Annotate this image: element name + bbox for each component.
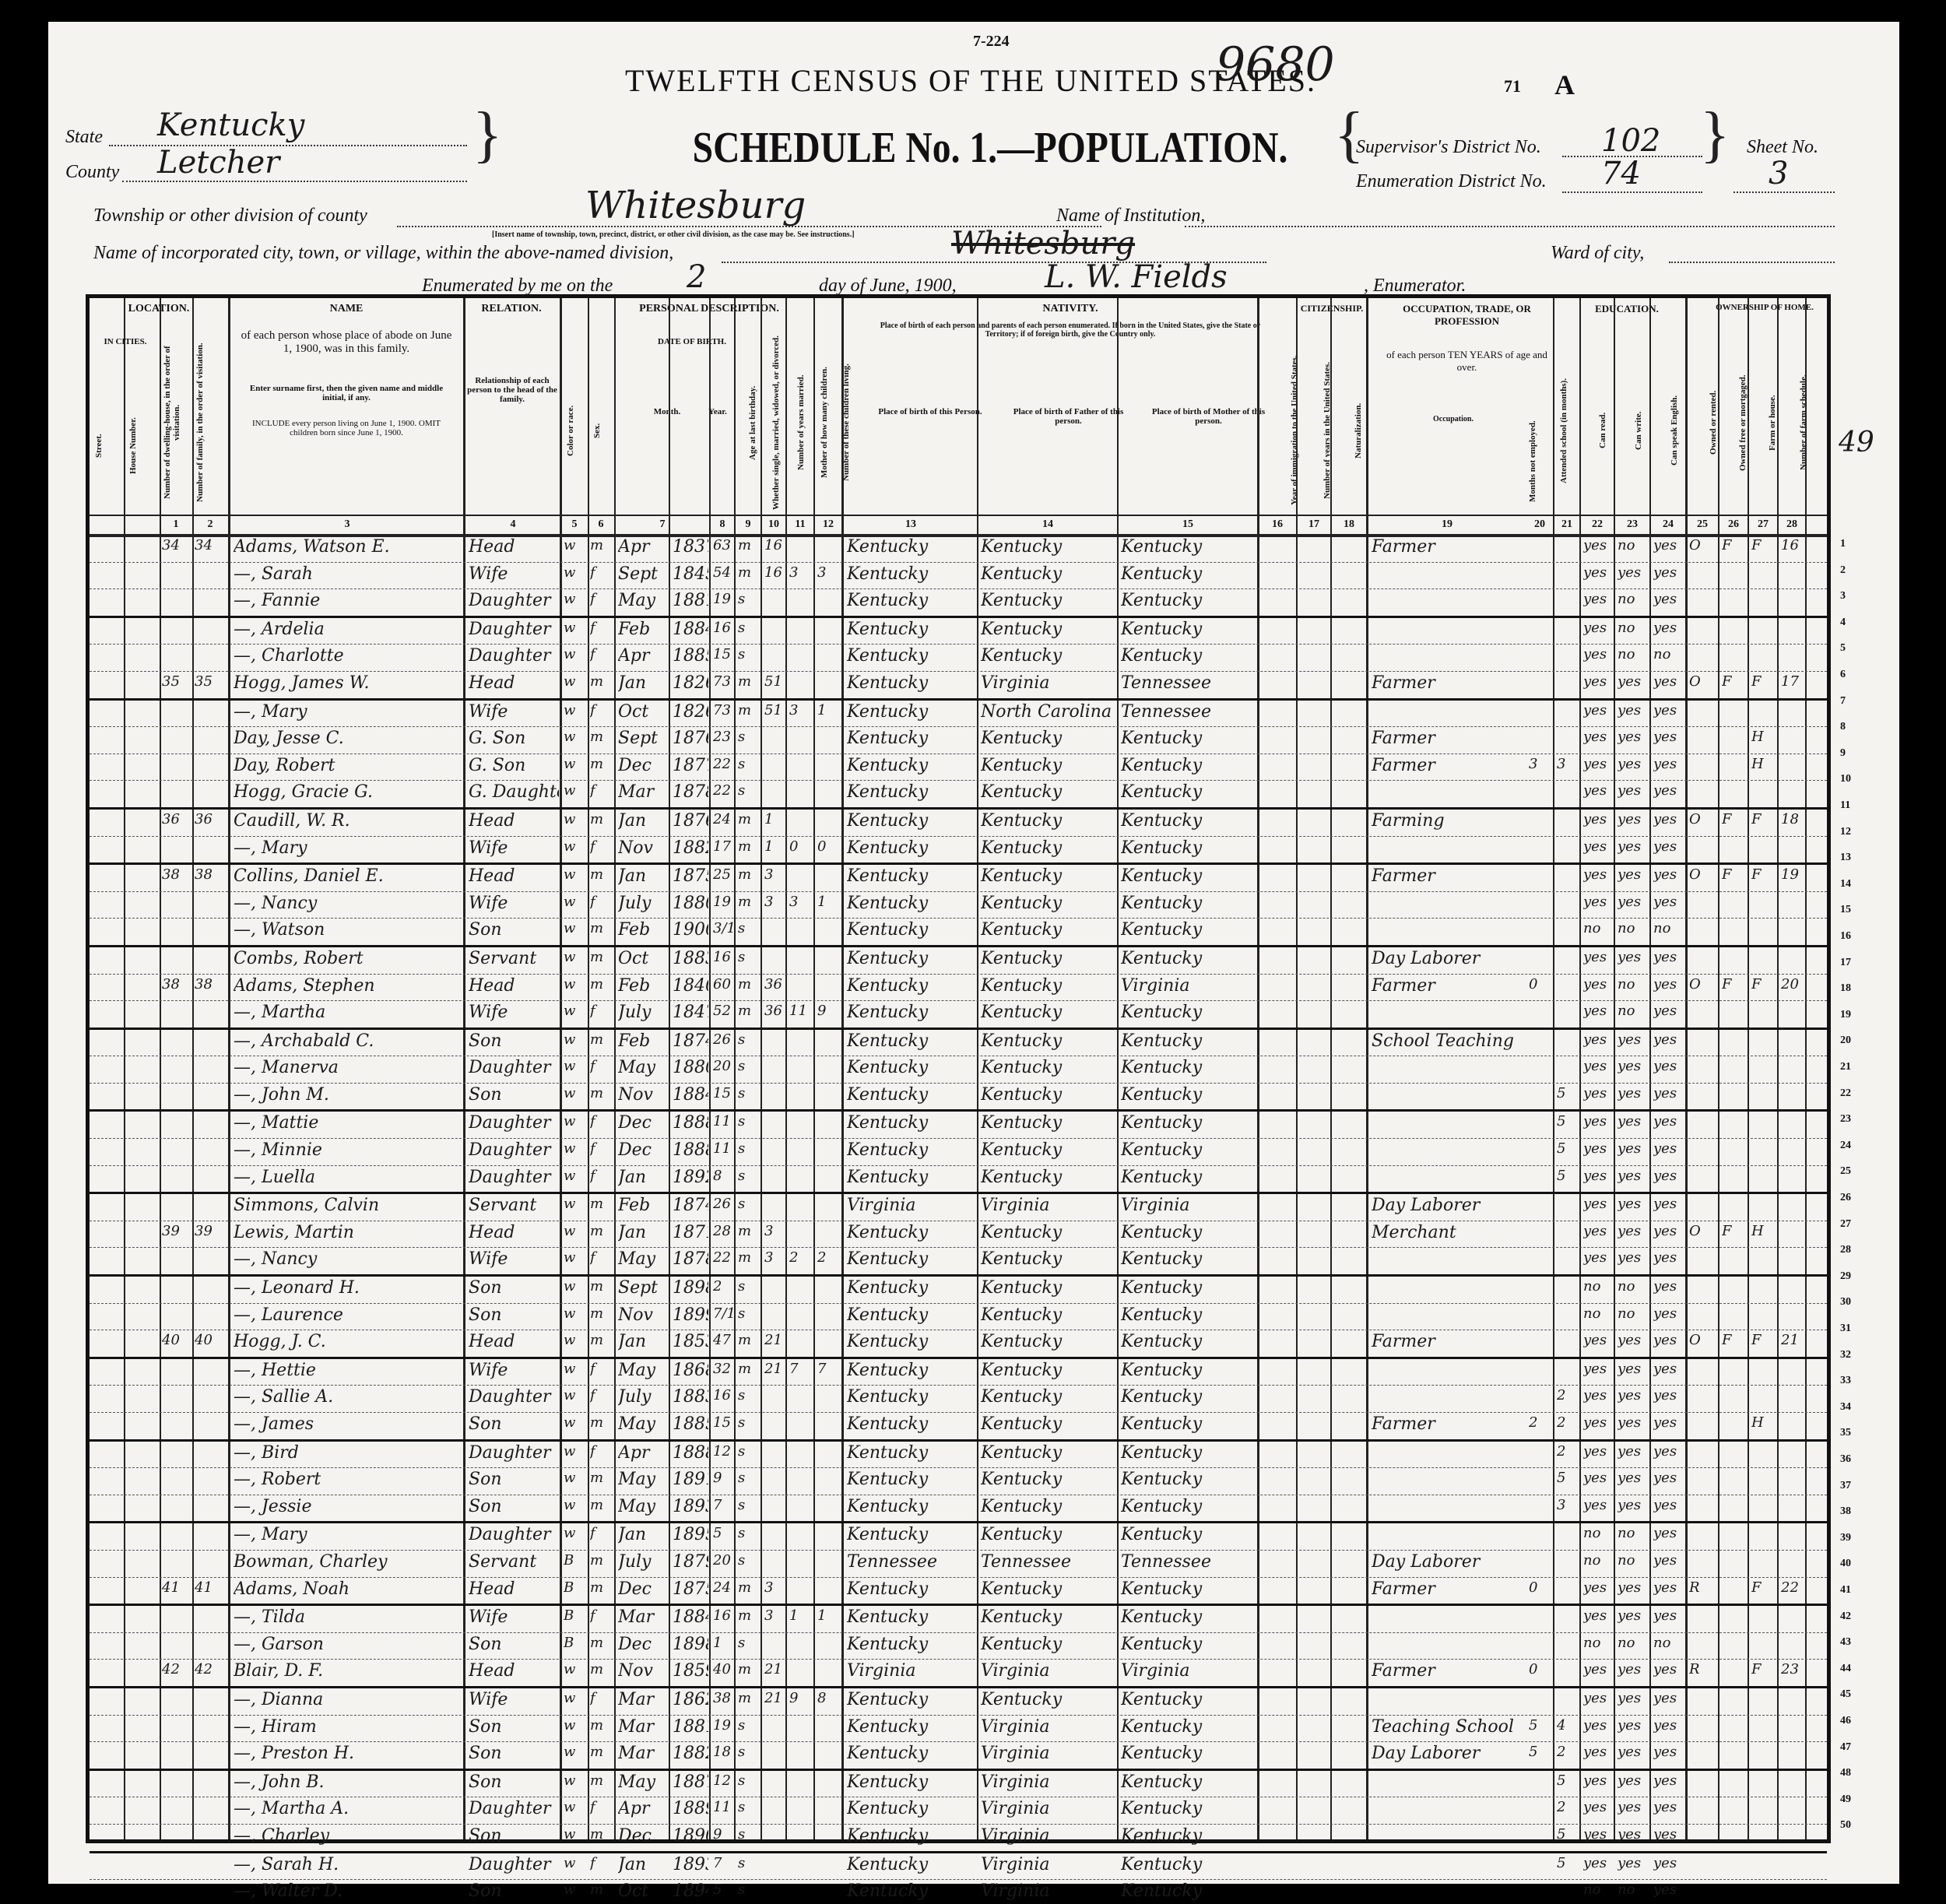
- cell-name: —, Mary: [234, 702, 462, 722]
- cell-fs: 23: [1781, 1661, 1804, 1677]
- column-number: 14: [978, 518, 1117, 531]
- cell-marital: m: [738, 1661, 760, 1677]
- cell-read: yes: [1583, 729, 1613, 745]
- cell-eng: yes: [1653, 1579, 1684, 1596]
- cell-bf: Virginia: [981, 1881, 1116, 1901]
- cell-month: July: [618, 894, 668, 913]
- cell-age: 7: [713, 1855, 733, 1871]
- line-number: 37: [1840, 1480, 1851, 1492]
- cell-month: July: [618, 1552, 668, 1572]
- cell-month: Jan: [618, 1168, 668, 1187]
- cell-relation: Daughter: [469, 620, 559, 639]
- line-number: 42: [1840, 1611, 1851, 1623]
- cell-year: 1882: [673, 1744, 708, 1763]
- cell-color: w: [564, 1031, 587, 1048]
- cell-name: —, Sarah H.: [234, 1855, 462, 1874]
- cell-month: Oct: [618, 1881, 668, 1901]
- cell-read: yes: [1583, 1085, 1613, 1101]
- cell-relation: Servant: [469, 1552, 559, 1572]
- cell-school: 5: [1557, 1085, 1579, 1101]
- cell-bf: Kentucky: [981, 1361, 1116, 1380]
- cell-age: 26: [713, 1031, 733, 1048]
- column-number: 15: [1119, 518, 1257, 531]
- cell-eng: yes: [1653, 1744, 1684, 1760]
- cell-bp: Kentucky: [847, 1525, 976, 1544]
- cell-bm: Kentucky: [1121, 1387, 1256, 1407]
- cell-marital: s: [738, 1717, 760, 1734]
- cell-marital: m: [738, 838, 760, 855]
- line-number: 34: [1840, 1401, 1851, 1414]
- cell-name: Adams, Stephen: [234, 976, 462, 996]
- table-row: Combs, RobertServantwmOct188316sKentucky…: [90, 947, 1827, 975]
- cell-mc: 9: [789, 1690, 813, 1706]
- cell-color: w: [564, 1223, 587, 1239]
- divider: [90, 515, 1827, 516]
- column-number: 25: [1687, 518, 1718, 531]
- write-header: Can write.: [1634, 345, 1643, 516]
- cell-occ: Day Laborer: [1372, 1552, 1524, 1572]
- cell-write: yes: [1618, 1470, 1649, 1486]
- cell-age: 16: [713, 620, 733, 636]
- cell-bm: Kentucky: [1121, 1717, 1256, 1737]
- column-number: 22: [1581, 518, 1614, 531]
- cell-name: —, Martha A.: [234, 1799, 462, 1818]
- table-row: —, GarsonSonBmDec18981sKentuckyKentuckyK…: [90, 1633, 1827, 1660]
- cell-school: 5: [1557, 1470, 1579, 1486]
- cell-eng: yes: [1653, 1168, 1684, 1184]
- cell-dwelling: 41: [162, 1579, 191, 1596]
- cell-year: 1888: [673, 1140, 708, 1160]
- cell-color: B: [564, 1635, 587, 1651]
- nativity-header: NATIVITY.: [860, 303, 1280, 315]
- cell-read: yes: [1583, 811, 1613, 827]
- cell-bp: Kentucky: [847, 702, 976, 722]
- cell-color: w: [564, 1003, 587, 1019]
- in-cities-header: IN CITIES.: [90, 337, 161, 346]
- cell-sex: f: [590, 894, 613, 910]
- brace: }: [472, 100, 502, 170]
- cell-unemp: 0: [1529, 976, 1552, 992]
- cell-school: 3: [1557, 1497, 1579, 1513]
- cell-eng: yes: [1653, 729, 1684, 745]
- cell-ym: 21: [764, 1690, 785, 1706]
- cell-year: 1837: [673, 537, 708, 557]
- line-number: 13: [1840, 852, 1851, 864]
- cell-bm: Kentucky: [1121, 564, 1256, 584]
- cell-write: yes: [1618, 1031, 1649, 1048]
- enumerator-name: L. W. Fields: [1045, 259, 1228, 295]
- cell-read: yes: [1583, 1361, 1613, 1377]
- cell-bf: Kentucky: [981, 620, 1116, 639]
- cell-bm: Kentucky: [1121, 1168, 1256, 1187]
- cell-read: yes: [1583, 1414, 1613, 1431]
- column-number: 10: [762, 518, 785, 531]
- cell-bm: Kentucky: [1121, 1443, 1256, 1463]
- cell-read: yes: [1583, 1140, 1613, 1157]
- cell-year: 1878: [673, 1249, 708, 1269]
- cell-bp: Kentucky: [847, 1113, 976, 1133]
- cell-free: F: [1722, 811, 1747, 827]
- cell-bm: Kentucky: [1121, 1497, 1256, 1516]
- column-number: 18: [1332, 518, 1366, 531]
- education-header: EDUCATION.: [1553, 303, 1701, 315]
- cell-bp: Kentucky: [847, 866, 976, 886]
- cell-bf: Kentucky: [981, 756, 1116, 775]
- cell-family: 34: [195, 537, 227, 553]
- table-row: —, RobertSonwmMay18919sKentuckyKentuckyK…: [90, 1468, 1827, 1495]
- cell-write: yes: [1618, 1168, 1649, 1184]
- cell-relation: Wife: [469, 702, 559, 722]
- cell-bp: Kentucky: [847, 564, 976, 584]
- cell-marital: s: [738, 1196, 760, 1212]
- cell-marital: s: [738, 1140, 760, 1157]
- column-number: 2: [192, 518, 228, 531]
- cell-color: w: [564, 866, 587, 883]
- cell-farm: H: [1751, 1223, 1776, 1239]
- cell-sex: f: [590, 702, 613, 718]
- cell-name: Adams, Watson E.: [234, 537, 462, 557]
- cell-write: yes: [1618, 811, 1649, 827]
- cell-bp: Kentucky: [847, 1690, 976, 1709]
- cell-year: 1875: [673, 866, 708, 886]
- cell-bf: Kentucky: [981, 1305, 1116, 1325]
- cell-bp: Kentucky: [847, 1855, 976, 1874]
- cell-bm: Kentucky: [1121, 1690, 1256, 1709]
- cell-bm: Kentucky: [1121, 1305, 1256, 1325]
- line-number: 5: [1840, 642, 1846, 655]
- column-number: 24: [1651, 518, 1685, 531]
- cell-write: no: [1618, 1881, 1649, 1898]
- cell-color: w: [564, 1525, 587, 1541]
- column-number: 8: [711, 518, 734, 531]
- cell-cl: 7: [817, 1361, 841, 1377]
- table-row: —, John M.SonwmNov188415sKentuckyKentuck…: [90, 1084, 1827, 1112]
- cell-color: w: [564, 1717, 587, 1734]
- column-number: 13: [845, 518, 977, 531]
- cell-read: yes: [1583, 1497, 1613, 1513]
- cell-relation: Son: [469, 1772, 559, 1792]
- cell-write: yes: [1618, 1058, 1649, 1074]
- cell-eng: yes: [1653, 1031, 1684, 1048]
- cell-fs: 21: [1781, 1332, 1804, 1348]
- cell-marital: m: [738, 811, 760, 827]
- column-number: 23: [1615, 518, 1649, 531]
- cell-school: 5: [1557, 1113, 1579, 1129]
- cell-school: 2: [1557, 1414, 1579, 1431]
- line-number: 49: [1840, 1793, 1851, 1806]
- cell-sex: f: [590, 591, 613, 607]
- cell-write: yes: [1618, 1332, 1649, 1348]
- cell-bm: Kentucky: [1121, 729, 1256, 748]
- line-number: 43: [1840, 1636, 1851, 1649]
- cell-dwelling: 39: [162, 1223, 191, 1239]
- cell-ym: 3: [764, 1249, 785, 1266]
- cell-year: 1881: [673, 591, 708, 610]
- line-number: 25: [1840, 1165, 1851, 1178]
- cell-bm: Kentucky: [1121, 1579, 1256, 1599]
- cell-name: Bowman, Charley: [234, 1552, 462, 1572]
- cell-month: Apr: [618, 646, 668, 666]
- cell-write: no: [1618, 1278, 1649, 1295]
- cell-write: yes: [1618, 949, 1649, 965]
- read-header: Can read.: [1598, 345, 1607, 516]
- cell-color: w: [564, 1058, 587, 1074]
- cell-bf: Kentucky: [981, 866, 1116, 886]
- cell-fs: 17: [1781, 673, 1804, 690]
- line-number: 11: [1840, 799, 1850, 812]
- sex-header: Sex.: [592, 345, 602, 516]
- cell-eng: yes: [1653, 1332, 1684, 1348]
- cell-read: no: [1583, 1525, 1613, 1541]
- cell-year: 1876: [673, 811, 708, 831]
- years-married-header: Number of years married.: [796, 329, 806, 516]
- cell-bf: Kentucky: [981, 782, 1116, 802]
- cell-relation: Servant: [469, 1196, 559, 1215]
- cell-month: Jan: [618, 1855, 668, 1874]
- cell-age: 3/12: [713, 920, 733, 936]
- cell-farm: H: [1751, 1414, 1776, 1431]
- cell-bf: Kentucky: [981, 811, 1116, 831]
- cell-cl: 8: [817, 1690, 841, 1706]
- township-note: [Insert name of township, town, precinct…: [492, 230, 855, 239]
- table-row: —, SarahWifewfSept184554m1633KentuckyKen…: [90, 563, 1827, 590]
- cell-relation: Daughter: [469, 646, 559, 666]
- cell-marital: m: [738, 1690, 760, 1706]
- table-row: —, BirdDaughterwfApr188812sKentuckyKentu…: [90, 1442, 1827, 1469]
- farm-header: Farm or house.: [1768, 329, 1777, 516]
- cell-mc: 0: [789, 838, 813, 855]
- cell-eng: yes: [1653, 673, 1684, 690]
- cell-name: Hogg, James W.: [234, 673, 462, 693]
- line-number: 27: [1840, 1218, 1851, 1231]
- cell-bf: Kentucky: [981, 1607, 1116, 1627]
- column-number: 6: [588, 518, 614, 531]
- cell-month: Apr: [618, 1799, 668, 1818]
- cell-bp: Kentucky: [847, 1003, 976, 1022]
- cell-bf: Kentucky: [981, 838, 1116, 858]
- cell-marital: s: [738, 1525, 760, 1541]
- name-include: INCLUDE every person living on June 1, 1…: [237, 419, 455, 437]
- cell-bp: Kentucky: [847, 591, 976, 610]
- cell-age: 16: [713, 949, 733, 965]
- cell-family: 41: [195, 1579, 227, 1596]
- cell-age: 16: [713, 1387, 733, 1403]
- cell-cl: 1: [817, 894, 841, 910]
- cell-free: F: [1722, 673, 1747, 690]
- cell-year: 1898: [673, 1278, 708, 1298]
- cell-write: yes: [1618, 1497, 1649, 1513]
- cell-farm: F: [1751, 811, 1776, 827]
- occupation-sub: Occupation.: [1383, 415, 1523, 423]
- cell-bm: Kentucky: [1121, 1140, 1256, 1160]
- cell-name: Collins, Daniel E.: [234, 866, 462, 886]
- cell-year: 1871: [673, 1223, 708, 1242]
- enumeration-line: [1562, 191, 1702, 193]
- cell-year: 1853: [673, 1332, 708, 1351]
- cell-color: w: [564, 1361, 587, 1377]
- cell-marital: s: [738, 1113, 760, 1129]
- table-row: —, Sarah H.DaughterwfJan18937sKentuckyVi…: [90, 1853, 1827, 1881]
- cell-color: w: [564, 1661, 587, 1677]
- cell-sex: m: [590, 1744, 613, 1760]
- cell-bp: Kentucky: [847, 894, 976, 913]
- cell-age: 5: [713, 1881, 733, 1898]
- cell-bf: Kentucky: [981, 729, 1116, 748]
- cell-bf: Kentucky: [981, 1249, 1116, 1269]
- cell-month: Nov: [618, 1085, 668, 1105]
- cell-sex: m: [590, 1414, 613, 1431]
- cell-age: 32: [713, 1361, 733, 1377]
- cell-school: 5: [1557, 1168, 1579, 1184]
- cell-marital: m: [738, 564, 760, 581]
- cell-year: 1874: [673, 1031, 708, 1051]
- cell-marital: s: [738, 729, 760, 745]
- table-row: —, DiannaWifewfMar186238m2198KentuckyKen…: [90, 1688, 1827, 1716]
- cell-age: 9: [713, 1470, 733, 1486]
- cell-sex: f: [590, 1607, 613, 1624]
- month-header: Month.: [642, 407, 692, 416]
- cell-read: no: [1583, 1305, 1613, 1322]
- table-row: —, NancyWifewfMay187822m322KentuckyKentu…: [90, 1248, 1827, 1277]
- line-number: 15: [1840, 904, 1851, 916]
- cell-year: 1885: [673, 1414, 708, 1434]
- cell-month: Nov: [618, 838, 668, 858]
- cell-read: yes: [1583, 756, 1613, 772]
- cell-write: no: [1618, 591, 1649, 607]
- cell-color: w: [564, 1387, 587, 1403]
- cell-relation: Son: [469, 1305, 559, 1325]
- cell-marital: m: [738, 1249, 760, 1266]
- cell-sex: m: [590, 1772, 613, 1789]
- cell-read: yes: [1583, 1387, 1613, 1403]
- cell-mc: 11: [789, 1003, 813, 1019]
- cell-color: w: [564, 1443, 587, 1460]
- table-row: —, LaurenceSonwmNov18997/12sKentuckyKent…: [90, 1304, 1827, 1331]
- cell-age: 15: [713, 1085, 733, 1101]
- cell-bf: Kentucky: [981, 537, 1116, 557]
- cell-eng: no: [1653, 1635, 1684, 1651]
- cell-bf: Kentucky: [981, 1085, 1116, 1105]
- cell-age: 23: [713, 729, 733, 745]
- cell-bf: Kentucky: [981, 1443, 1116, 1463]
- table-row: —, Leonard H.SonwmSept18982sKentuckyKent…: [90, 1277, 1827, 1304]
- cell-month: Sept: [618, 564, 668, 584]
- cell-age: 15: [713, 646, 733, 662]
- cell-free: F: [1722, 537, 1747, 553]
- cell-name: Day, Jesse C.: [234, 729, 462, 748]
- cell-marital: s: [738, 620, 760, 636]
- dwelling-header: Number of dwelling-house, in the order o…: [163, 329, 181, 516]
- cell-read: yes: [1583, 1031, 1613, 1048]
- table-row: Bowman, CharleyServantBmJuly187920sTenne…: [90, 1551, 1827, 1578]
- line-number: 3: [1840, 590, 1846, 602]
- cell-age: 7: [713, 1497, 733, 1513]
- cell-color: w: [564, 949, 587, 965]
- cell-bf: Kentucky: [981, 1332, 1116, 1351]
- cell-eng: yes: [1653, 1249, 1684, 1266]
- name-desc: of each person whose place of abode on J…: [237, 329, 455, 356]
- cell-bp: Kentucky: [847, 1443, 976, 1463]
- cell-year: 1887: [673, 1772, 708, 1792]
- cell-bf: Virginia: [981, 1661, 1116, 1681]
- table-row: —, CharlotteDaughterwfApr188515sKentucky…: [90, 645, 1827, 672]
- cell-mc: 3: [789, 564, 813, 581]
- column-number: 19: [1369, 518, 1525, 531]
- city-value: Whitesburg: [951, 226, 1135, 262]
- cell-own: O: [1689, 811, 1717, 827]
- cell-age: 19: [713, 591, 733, 607]
- cell-sex: m: [590, 756, 613, 772]
- line-number: 46: [1840, 1715, 1851, 1727]
- cell-bp: Kentucky: [847, 756, 976, 775]
- cell-read: yes: [1583, 1826, 1613, 1843]
- cell-write: yes: [1618, 673, 1649, 690]
- cell-bf: Kentucky: [981, 1003, 1116, 1022]
- cell-bf: Kentucky: [981, 1579, 1116, 1599]
- cell-name: —, Manerva: [234, 1058, 462, 1077]
- cell-color: w: [564, 537, 587, 553]
- cell-bp: Kentucky: [847, 1140, 976, 1160]
- cell-relation: Daughter: [469, 1443, 559, 1463]
- cell-sex: f: [590, 1249, 613, 1266]
- cell-free: F: [1722, 866, 1747, 883]
- cell-color: w: [564, 564, 587, 581]
- city-label: Name of incorporated city, town, or vill…: [93, 243, 673, 264]
- cell-bp: Kentucky: [847, 620, 976, 639]
- cell-year: 1884: [673, 1607, 708, 1627]
- cell-bm: Kentucky: [1121, 894, 1256, 913]
- cell-relation: Head: [469, 1579, 559, 1599]
- cell-sex: m: [590, 1196, 613, 1212]
- cell-month: Mar: [618, 1744, 668, 1763]
- cell-ym: 21: [764, 1332, 785, 1348]
- cell-bm: Kentucky: [1121, 1085, 1256, 1105]
- cell-read: yes: [1583, 1855, 1613, 1871]
- cell-name: —, John B.: [234, 1772, 462, 1792]
- cell-eng: yes: [1653, 620, 1684, 636]
- column-number: 1: [160, 518, 192, 531]
- cell-sex: m: [590, 1085, 613, 1101]
- cell-year: 1826: [673, 673, 708, 693]
- cell-unemp: 3: [1529, 756, 1552, 772]
- cell-month: Apr: [618, 1443, 668, 1463]
- cell-name: Combs, Robert: [234, 949, 462, 968]
- cell-bp: Kentucky: [847, 976, 976, 996]
- cell-cl: 2: [817, 1249, 841, 1266]
- table-row: —, CharleySonwmDec18909sKentuckyVirginia…: [90, 1825, 1827, 1853]
- cell-month: Feb: [618, 976, 668, 996]
- cell-marital: s: [738, 1278, 760, 1295]
- cell-color: B: [564, 1552, 587, 1569]
- cell-read: yes: [1583, 1003, 1613, 1019]
- cell-bm: Kentucky: [1121, 949, 1256, 968]
- cell-cl: 1: [817, 702, 841, 718]
- cell-month: Dec: [618, 1826, 668, 1846]
- cell-read: yes: [1583, 1168, 1613, 1184]
- cell-color: w: [564, 838, 587, 855]
- cell-ym: 3: [764, 894, 785, 910]
- cell-eng: yes: [1653, 1525, 1684, 1541]
- cell-month: Mar: [618, 1690, 668, 1709]
- cell-sex: f: [590, 1140, 613, 1157]
- cell-marital: s: [738, 1470, 760, 1486]
- cell-age: 15: [713, 1414, 733, 1431]
- birth-father-header: Place of birth of Father of this person.: [1000, 407, 1136, 426]
- cell-name: Caudill, W. R.: [234, 811, 462, 831]
- cell-eng: yes: [1653, 1826, 1684, 1843]
- cell-read: yes: [1583, 976, 1613, 992]
- cell-bm: Tennessee: [1121, 673, 1256, 693]
